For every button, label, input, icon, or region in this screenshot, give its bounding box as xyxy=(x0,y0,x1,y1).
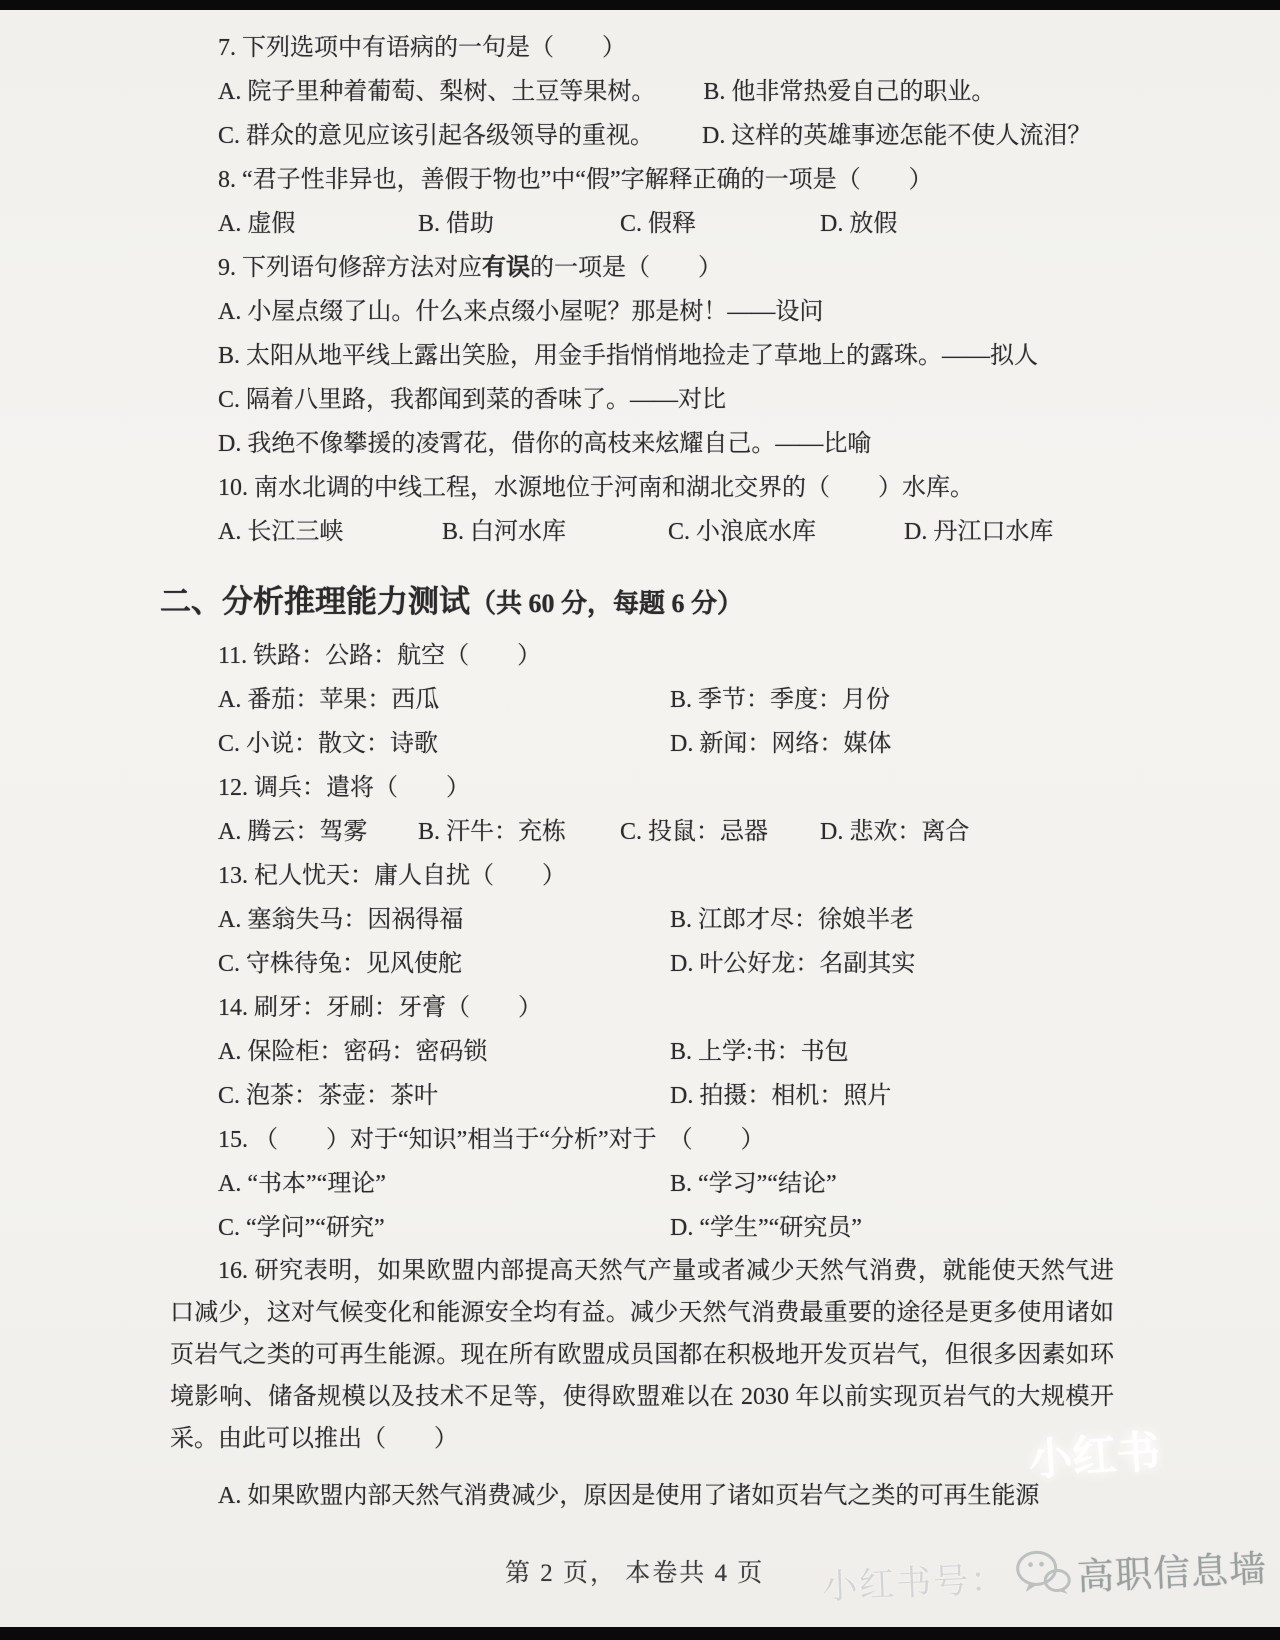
question-10-option-b: B. 白河水库 xyxy=(442,510,668,554)
question-13-option-b: B. 江郎才尽：徐娘半老 xyxy=(670,898,1114,942)
question-11-option-b: B. 季节：季度：月份 xyxy=(670,678,1114,722)
question-11-options-row-1: A. 番茄：苹果：西瓜 B. 季节：季度：月份 xyxy=(170,678,1114,722)
question-14-option-c: C. 泡茶：茶壶：茶叶 xyxy=(218,1074,670,1118)
question-10-stem: 10. 南水北调的中线工程，水源地位于河南和湖北交界的（ ）水库。 xyxy=(170,466,1114,510)
question-13-stem: 13. 杞人忧天：庸人自扰（ ） xyxy=(170,854,1114,898)
question-9-stem: 9. 下列语句修辞方法对应有误的一项是（ ） xyxy=(170,246,1114,290)
section-2-heading: 二、分析推理能力测试（共 60 分，每题 6 分） xyxy=(160,570,1114,634)
brand-watermark: 小红书号： 高职信息墙 xyxy=(821,1538,1268,1611)
section-2-score-note: （共 60 分，每题 6 分） xyxy=(470,589,743,618)
exam-content: 7. 下列选项中有语病的一句是（ ） A. 院子里种着葡萄、梨树、土豆等果树。 … xyxy=(170,26,1114,1518)
question-12-option-d: D. 悲欢：离合 xyxy=(820,810,1114,854)
section-2-title: 二、分析推理能力测试 xyxy=(160,584,470,619)
question-7-options-row-1: A. 院子里种着葡萄、梨树、土豆等果树。 B. 他非常热爱自己的职业。 xyxy=(170,70,1114,114)
question-15-options-row-2: C. “学问”“研究” D. “学生”“研究员” xyxy=(170,1206,1114,1250)
question-11-option-d: D. 新闻：网络：媒体 xyxy=(670,722,1114,766)
question-8-option-d: D. 放假 xyxy=(820,202,1114,246)
question-15-option-b: B. “学习”“结论” xyxy=(670,1162,1114,1206)
question-7-option-a: A. 院子里种着葡萄、梨树、土豆等果树。 xyxy=(218,70,655,114)
question-14-options-row-1: A. 保险柜：密码：密码锁 B. 上学:书：书包 xyxy=(170,1030,1114,1074)
question-13-option-c: C. 守株待兔：见风使舵 xyxy=(218,942,670,986)
question-9-option-c: C. 隔着八里路，我都闻到菜的香味了。——对比 xyxy=(170,378,1114,422)
question-12-option-c: C. 投鼠：忌器 xyxy=(620,810,820,854)
wechat-icon xyxy=(1014,1547,1072,1602)
question-8-option-a: A. 虚假 xyxy=(218,202,418,246)
question-9-option-d: D. 我绝不像攀援的凌霄花，借你的高枝来炫耀自己。——比喻 xyxy=(170,422,1114,466)
question-13-options-row-2: C. 守株待兔：见风使舵 D. 叶公好龙：名副其实 xyxy=(170,942,1114,986)
question-9-stem-pre: 9. 下列语句修辞方法对应 xyxy=(218,255,482,281)
question-7-option-b: B. 他非常热爱自己的职业。 xyxy=(703,70,995,114)
question-16-paragraph: 16. 研究表明，如果欧盟内部提高天然气产量或者减少天然气消费，就能使天然气进口… xyxy=(170,1250,1114,1460)
xiaohongshu-account-label: 小红书号： xyxy=(821,1552,1008,1610)
question-15-option-d: D. “学生”“研究员” xyxy=(670,1206,1114,1250)
question-10-options-row: A. 长江三峡 B. 白河水库 C. 小浪底水库 D. 丹江口水库 xyxy=(170,510,1114,554)
question-9-stem-bold: 有误 xyxy=(482,255,530,281)
question-12-options-row: A. 腾云：驾雾 B. 汗牛：充栋 C. 投鼠：忌器 D. 悲欢：离合 xyxy=(170,810,1114,854)
scanned-exam-page: 7. 下列选项中有语病的一句是（ ） A. 院子里种着葡萄、梨树、土豆等果树。 … xyxy=(0,0,1280,1640)
question-12-stem: 12. 调兵：遣将（ ） xyxy=(170,766,1114,810)
question-16-option-a: A. 如果欧盟内部天然气消费减少，原因是使用了诸如页岩气之类的可再生能源 xyxy=(170,1474,1114,1518)
question-14-options-row-2: C. 泡茶：茶壶：茶叶 D. 拍摄：相机：照片 xyxy=(170,1074,1114,1118)
question-10-option-d: D. 丹江口水库 xyxy=(904,510,1114,554)
question-13-option-a: A. 塞翁失马：因祸得福 xyxy=(218,898,670,942)
question-14-stem: 14. 刷牙：牙刷：牙膏（ ） xyxy=(170,986,1114,1030)
question-9-option-a: A. 小屋点缀了山。什么来点缀小屋呢？那是树！——设问 xyxy=(170,290,1114,334)
question-9-option-b: B. 太阳从地平线上露出笑脸，用金手指悄悄地捡走了草地上的露珠。——拟人 xyxy=(170,334,1114,378)
question-7-option-c: C. 群众的意见应该引起各级领导的重视。 xyxy=(218,114,654,158)
question-15-option-c: C. “学问”“研究” xyxy=(218,1206,670,1250)
question-7-option-d: D. 这样的英雄事迹怎能不使人流泪？ xyxy=(702,114,1091,158)
question-7-options-row-2: C. 群众的意见应该引起各级领导的重视。 D. 这样的英雄事迹怎能不使人流泪？ xyxy=(170,114,1114,158)
scan-top-edge xyxy=(0,0,1280,10)
question-10-option-c: C. 小浪底水库 xyxy=(668,510,904,554)
question-8-stem: 8. “君子性非异也，善假于物也”中“假”字解释正确的一项是（ ） xyxy=(170,158,1114,202)
scan-bottom-edge xyxy=(0,1627,1280,1640)
question-11-stem: 11. 铁路：公路：航空（ ） xyxy=(170,634,1114,678)
question-7-stem: 7. 下列选项中有语病的一句是（ ） xyxy=(170,26,1114,70)
page-footer: 第 2 页， 本卷共 4 页 xyxy=(505,1552,764,1596)
question-13-options-row-1: A. 塞翁失马：因祸得福 B. 江郎才尽：徐娘半老 xyxy=(170,898,1114,942)
question-14-option-a: A. 保险柜：密码：密码锁 xyxy=(218,1030,670,1074)
question-10-option-a: A. 长江三峡 xyxy=(218,510,442,554)
question-9-stem-post: 的一项是（ ） xyxy=(530,255,722,281)
question-8-options-row: A. 虚假 B. 借助 C. 假释 D. 放假 xyxy=(170,202,1114,246)
question-14-option-d: D. 拍摄：相机：照片 xyxy=(670,1074,1114,1118)
question-15-stem: 15. （ ）对于“知识”相当于“分析”对于 （ ） xyxy=(170,1118,1114,1162)
question-11-options-row-2: C. 小说：散文：诗歌 D. 新闻：网络：媒体 xyxy=(170,722,1114,766)
xiaohongshu-corner-watermark: 小红书 xyxy=(1026,1415,1162,1488)
question-12-option-b: B. 汗牛：充栋 xyxy=(418,810,620,854)
question-11-option-a: A. 番茄：苹果：西瓜 xyxy=(218,678,670,722)
question-15-options-row-1: A. “书本”“理论” B. “学习”“结论” xyxy=(170,1162,1114,1206)
question-8-option-b: B. 借助 xyxy=(418,202,620,246)
question-8-option-c: C. 假释 xyxy=(620,202,820,246)
brand-name-label: 高职信息墙 xyxy=(1076,1538,1268,1600)
question-13-option-d: D. 叶公好龙：名副其实 xyxy=(670,942,1114,986)
question-11-option-c: C. 小说：散文：诗歌 xyxy=(218,722,670,766)
question-14-option-b: B. 上学:书：书包 xyxy=(670,1030,1114,1074)
question-15-option-a: A. “书本”“理论” xyxy=(218,1162,670,1206)
question-12-option-a: A. 腾云：驾雾 xyxy=(218,810,418,854)
